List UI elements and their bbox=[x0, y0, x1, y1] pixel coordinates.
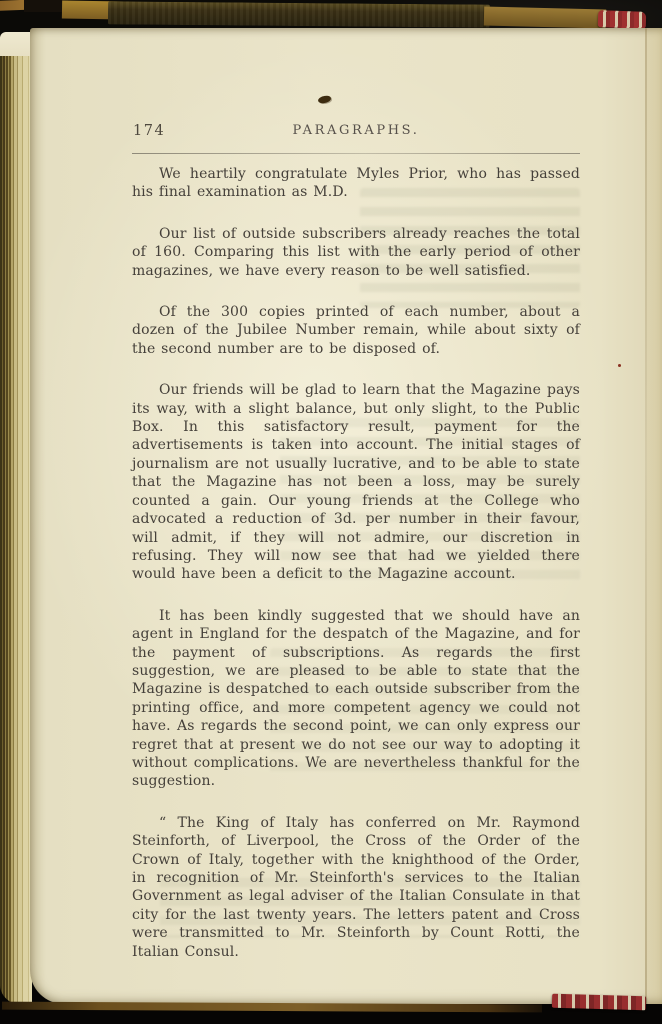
binding-top-gold-right bbox=[484, 7, 606, 29]
scanned-book-photo: 174 PARAGRAPHS. We heartily congratulate… bbox=[0, 0, 662, 1024]
printed-text-block: 174 PARAGRAPHS. We heartily congratulate… bbox=[132, 123, 580, 961]
page-stack-left bbox=[0, 56, 32, 1008]
endband-bottom bbox=[552, 994, 646, 1011]
page-header: 174 PARAGRAPHS. bbox=[132, 123, 580, 143]
ink-speck bbox=[318, 95, 332, 104]
book-page: 174 PARAGRAPHS. We heartily congratulate… bbox=[30, 28, 662, 1004]
running-header: PARAGRAPHS. bbox=[132, 123, 580, 138]
binding-top-leather-strip bbox=[108, 1, 490, 27]
paragraph: Our friends will be glad to learn that t… bbox=[132, 381, 580, 583]
paragraph: Our list of outside subscribers already … bbox=[132, 225, 580, 280]
paragraph: We heartily congratulate Myles Prior, wh… bbox=[132, 165, 580, 202]
paragraph: It has been kindly suggested that we sho… bbox=[132, 607, 580, 791]
paragraph: Of the 300 copies printed of each number… bbox=[132, 303, 580, 358]
binding-bottom-strip bbox=[2, 1002, 542, 1013]
endband-top bbox=[598, 10, 647, 29]
header-rule bbox=[132, 153, 580, 154]
page-right-shading bbox=[647, 28, 662, 1004]
paper-fleck bbox=[618, 364, 621, 367]
paragraph: “ The King of Italy has conferred on Mr.… bbox=[132, 814, 580, 961]
